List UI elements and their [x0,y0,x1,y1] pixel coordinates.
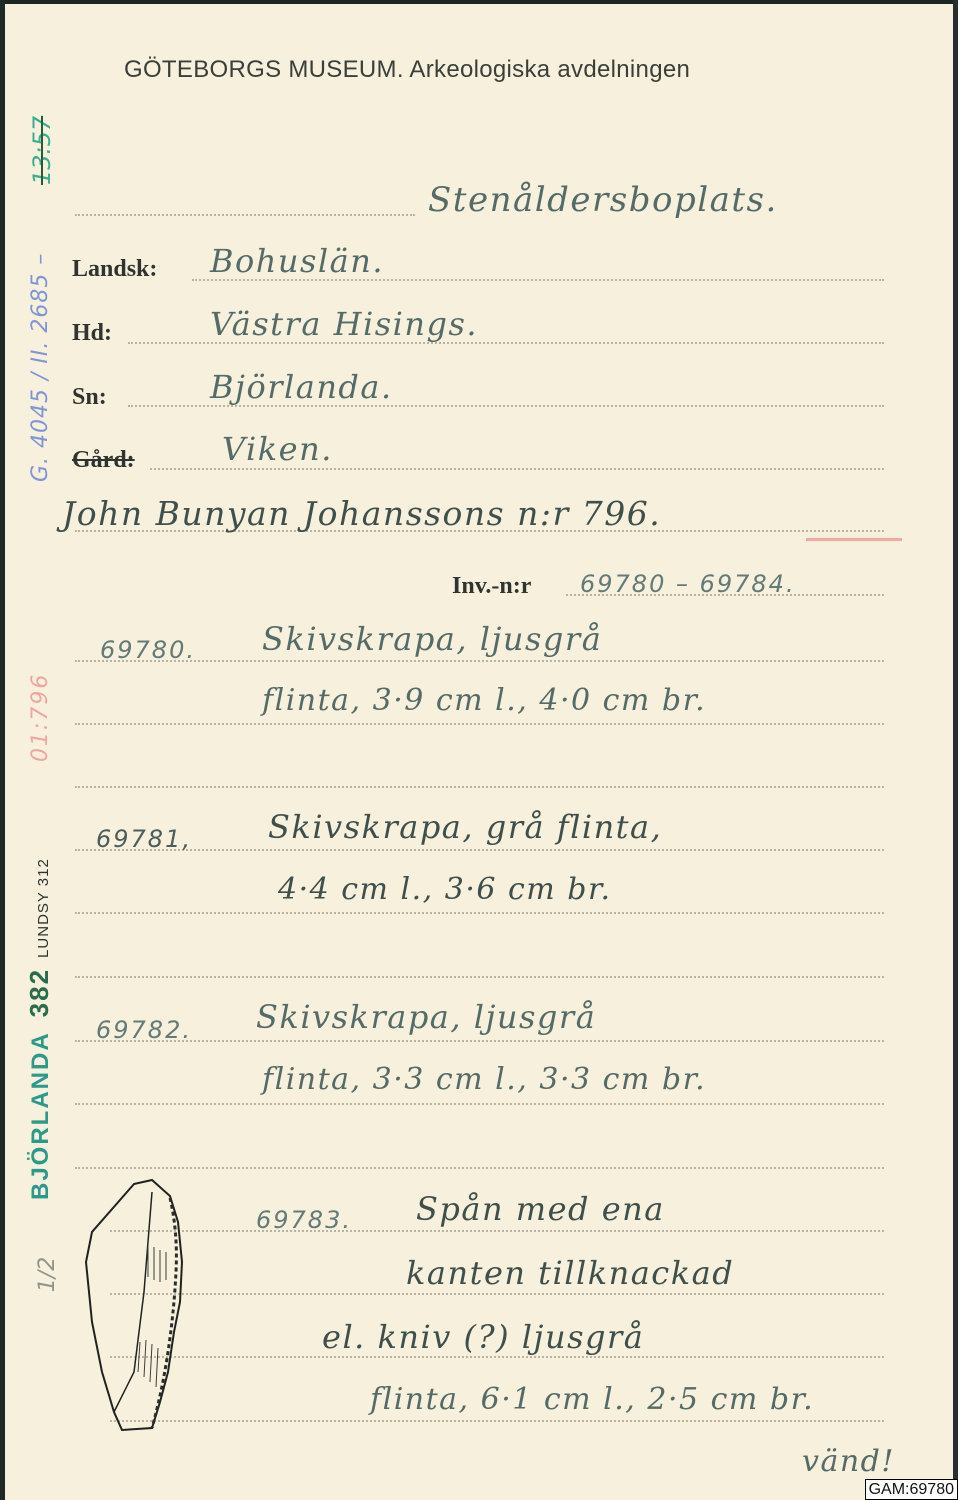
entry-number: 69783. [256,1206,352,1234]
field-label-sn: Sn: [72,384,107,411]
lundsy-note: LUNDSY 312 [35,858,52,958]
entry-line-turn-over: vänd! [802,1444,895,1479]
entry-line: Spån med ena [416,1190,665,1228]
rule-line [75,723,884,725]
site-type: Stenåldersboplats. [428,180,778,220]
margin-site-label: BJÖRLANDA 382 LUNDSY 312 [24,858,55,1200]
entry-line: flinta, 3·3 cm l., 3·3 cm br. [262,1062,706,1097]
rule-line [75,1040,884,1042]
flint-blade-drawing-icon [82,1172,212,1440]
entry-number: 69780. [100,636,196,664]
rule-line [75,660,884,662]
entry-line: Skivskrapa, ljusgrå [256,998,596,1036]
margin-note-green-text: 13:57 [28,116,56,185]
rule-line [75,1167,884,1169]
rule-line [75,912,884,914]
rule-line [75,1103,884,1105]
card-edge-right [953,0,958,1500]
card-edge-top [0,0,958,4]
collection-line: John Bunyan Johanssons n:r 796. [62,494,661,533]
field-label-hd: Hd: [72,320,112,347]
margin-note-pink: 01:796 [28,673,53,762]
field-value-gard: Viken. [222,430,333,468]
margin-note-green: 13:57 [28,116,56,185]
field-label-gard: Gård: [72,447,135,474]
entry-number: 69781, [96,825,192,853]
gam-stamp: GAM:69780 [865,1479,958,1500]
field-value-landsk: Bohuslän. [210,242,384,280]
card-edge-left [0,0,5,1500]
site-number: 382 [24,968,54,1017]
rule-line [75,976,884,978]
site-name: BJÖRLANDA [27,1031,54,1200]
field-label-landsk: Landsk: [72,256,157,283]
entry-line: 4·4 cm l., 3·6 cm br. [278,872,612,907]
fraction-note: 1/2 [35,1257,60,1292]
inventory-label: Inv.-n:r [452,573,531,600]
rule-line [110,1293,884,1295]
field-value-hd: Västra Hisings. [210,305,478,343]
inventory-range: 69780 – 69784. [580,570,796,598]
entry-line: flinta, 3·9 cm l., 4·0 cm br. [262,683,706,718]
margin-note-blue: G. 4045 / II. 2685 – [28,253,53,482]
entry-number: 69782. [96,1016,192,1044]
rule-line [75,214,415,216]
field-value-sn: Björlanda. [210,368,393,406]
entry-line: el. kniv (?) ljusgrå [322,1318,644,1356]
museum-header: GÖTEBORGS MUSEUM. Arkeologiska avdelning… [124,56,690,84]
entry-line: Skivskrapa, grå flinta, [268,808,662,846]
entry-line: kanten tillknackad [406,1254,734,1292]
rule-line [110,1230,884,1232]
rule-line [150,468,884,470]
rule-line [110,1356,884,1358]
catalog-card: GÖTEBORGS MUSEUM. Arkeologiska avdelning… [0,0,958,1500]
red-underline [806,538,902,541]
entry-line: Skivskrapa, ljusgrå [262,620,602,658]
rule-line [75,786,884,788]
entry-line: flinta, 6·1 cm l., 2·5 cm br. [370,1382,814,1417]
rule-line [110,1420,884,1422]
rule-line [75,849,884,851]
